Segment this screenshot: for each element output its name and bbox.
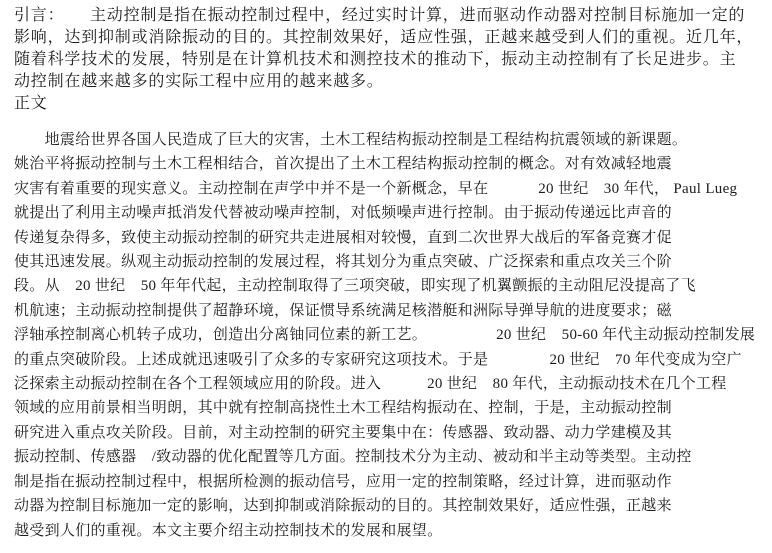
text-line: 浮轴承控制离心机转子成功，创造出分离铀同位素的新工艺。 20 世纪 50-60 … bbox=[14, 323, 764, 347]
text-line: 使其迅速发展。纵观主动振动控制的发展过程，将其划分为重点突破、广泛探索和重点攻关… bbox=[14, 250, 764, 274]
text-line: 制是指在振动控制过程中，根据所检测的振动信号，应用一定的控制策略，经过计算，进而… bbox=[14, 470, 764, 494]
text-line: 机航速；主动振动控制提供了超静环境，保证惯导系统满足核潜艇和洲际导弹导航的进度要… bbox=[14, 299, 764, 323]
body-paragraph: 地震给世界各国人民造成了巨大的灾害，土木工程结构振动控制是工程结构抗震领域的新课… bbox=[14, 128, 764, 543]
text-line: 研究进入重点攻关阶段。目前，对主动控制的研究主要集中在：传感器、致动器、动力学建… bbox=[14, 421, 764, 445]
document-page: 引言： 主动控制是指在振动控制过程中，经过实时计算，进而驱动作动器对控制目标施加… bbox=[0, 0, 772, 553]
text-line: 地震给世界各国人民造成了巨大的灾害，土木工程结构振动控制是工程结构抗震领域的新课… bbox=[14, 128, 764, 152]
text-line: 灾害有着重要的现实意义。主动控制在声学中并不是一个新概念，早在 20 世纪 30… bbox=[14, 177, 764, 201]
text-line: 越受到人们的重视。本文主要介绍主动控制技术的发展和展望。 bbox=[14, 519, 764, 543]
text-line: 正文 bbox=[14, 93, 764, 115]
text-line: 泛探索主动振动控制在各个工程领域应用的阶段。进入 20 世纪 80 年代，主动振… bbox=[14, 372, 764, 396]
text-line: 引言： 主动控制是指在振动控制过程中，经过实时计算，进而驱动作动器对控制目标施加… bbox=[14, 5, 764, 27]
text-line: 姚治平将振动控制与土木工程相结合，首次提出了土木工程结构振动控制的概念。对有效减… bbox=[14, 152, 764, 176]
text-line: 领域的应用前景相当明朗，其中就有控制高挠性土木工程结构振动在、控制，于是，主动振… bbox=[14, 396, 764, 420]
text-line: 就提出了利用主动噪声抵消发代替被动噪声控制，对低频噪声进行控制。由于振动传递远比… bbox=[14, 201, 764, 225]
text-line: 动控制在越来越多的实际工程中应用的越来越多。 bbox=[14, 71, 764, 93]
text-line: 振动控制、传感器 /致动器的优化配置等几方面。控制技术分为主动、被动和半主动等类… bbox=[14, 445, 764, 469]
intro-paragraph: 引言： 主动控制是指在振动控制过程中，经过实时计算，进而驱动作动器对控制目标施加… bbox=[14, 5, 764, 115]
text-line: 段。从 20 世纪 50 年年代起，主动控制取得了三项突破，即实现了机翼颤振的主… bbox=[14, 274, 764, 298]
text-line: 的重点突破阶段。上述成就迅速吸引了众多的专家研究这项技术。于是 20 世纪 70… bbox=[14, 348, 764, 372]
text-line: 影响，达到抑制或消除振动的目的。其控制效果好，适应性强，正越来越受到人们的重视。… bbox=[14, 27, 764, 49]
text-line: 动器为控制目标施加一定的影响，达到抑制或消除振动的目的。其控制效果好，适应性强，… bbox=[14, 494, 764, 518]
text-line: 随着科学技术的发展，特别是在计算机技术和测控技术的推动下，振动主动控制有了长足进… bbox=[14, 49, 764, 71]
text-line: 传递复杂得多，致使主动振动控制的研究共走进展相对较慢，直到二次世界大战后的军备竞… bbox=[14, 226, 764, 250]
